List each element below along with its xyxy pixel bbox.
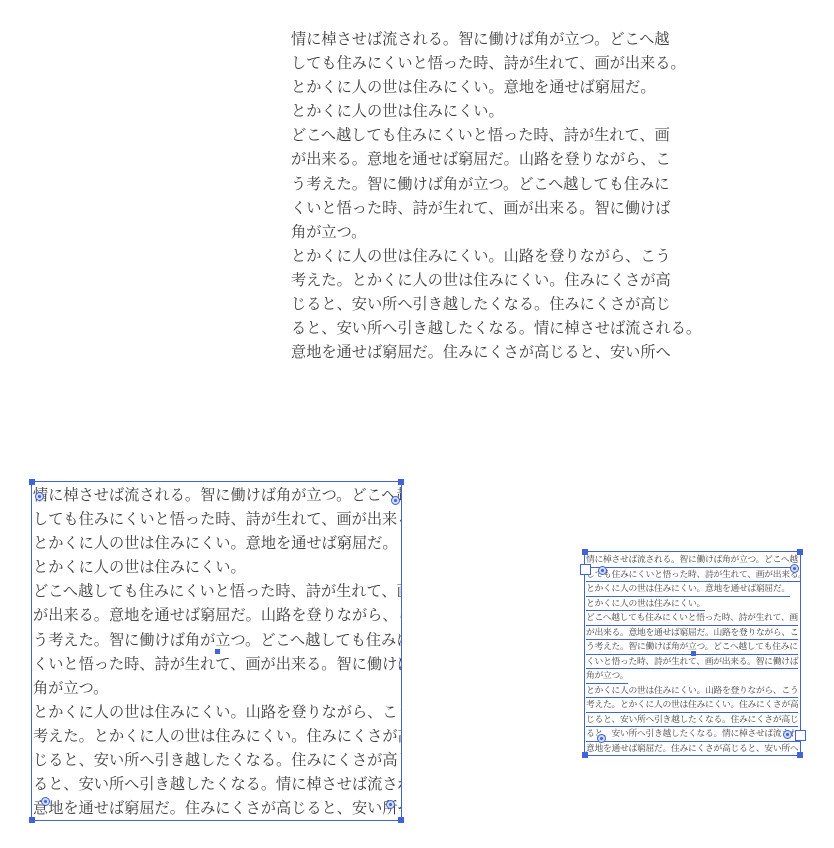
text-line: が出来る。意地を通せば窮屈だ。山路を登りながら、こ bbox=[33, 603, 401, 627]
text-line: じると、安い所へ引き越したくなる。住みにくさが高じ bbox=[33, 748, 401, 772]
text-line-underlined: とかくに人の世は住みにくい。山路を登りながら、こう bbox=[586, 684, 800, 699]
editor-canvas: 情に棹させば流される。智に働けば角が立つ。どこへ越しても住みにくいと悟った時、詩… bbox=[0, 0, 834, 848]
text-object-top[interactable]: 情に棹させば流される。智に働けば角が立つ。どこへ越しても住みにくいと悟った時、詩… bbox=[291, 27, 663, 364]
text-line: 情に棹させば流される。智に働けば角が立つ。どこへ越 bbox=[291, 27, 663, 51]
thread-indicator-top-left-icon bbox=[35, 492, 44, 501]
text-line: 情に棹させば流される。智に働けば角が立つ。どこへ越 bbox=[33, 483, 401, 507]
thread-indicator-top-left-icon bbox=[598, 566, 607, 575]
thread-indicator-top-right-icon bbox=[790, 564, 799, 573]
text-out-port-icon[interactable] bbox=[795, 730, 806, 741]
text-line-underlined: が出来る。意地を通せば窮屈だ。山路を登りながら、こ bbox=[586, 626, 800, 641]
anchor-handle-bottom-left-icon[interactable] bbox=[29, 817, 35, 823]
text-frame-small-selected[interactable]: 情に棹させば流される。智に働けば角が立つ。どこへ越しても住みにくいと悟った時、詩… bbox=[584, 551, 801, 756]
text-line: とかくに人の世は住みにくい。山路を登りながら、こう bbox=[291, 244, 663, 268]
anchor-handle-top-right-icon[interactable] bbox=[797, 549, 803, 555]
text-line: しても住みにくいと悟った時、詩が生れて、画が出来る。 bbox=[33, 507, 401, 531]
anchor-handle-top-right-icon[interactable] bbox=[398, 479, 404, 485]
thread-indicator-bottom-left-icon bbox=[597, 734, 606, 743]
text-line: 考えた。とかくに人の世は住みにくい。住みにくさが高 bbox=[33, 724, 401, 748]
text-line-underlined: とかくに人の世は住みにくい。 bbox=[586, 597, 800, 612]
text-line-underlined: 考えた。とかくに人の世は住みにくい。住みにくさが高 bbox=[586, 698, 800, 713]
text-line-underlined: どこへ越しても住みにくいと悟った時、詩が生れて、画 bbox=[586, 611, 800, 626]
text-line: しても住みにくいと悟った時、詩が生れて、画が出来る。 bbox=[291, 51, 663, 75]
text-line: くいと悟った時、詩が生れて、画が出来る。智に働けば bbox=[33, 652, 401, 676]
text-line-underlined: 角が立つ。 bbox=[586, 669, 800, 684]
object-center-point-icon bbox=[691, 651, 696, 656]
text-line: ると、安い所へ引き越したくなる。情に棹させば流される。 bbox=[33, 772, 401, 796]
text-line-underlined: 情に棹させば流される。智に働けば角が立つ。どこへ越 bbox=[586, 553, 800, 568]
text-line: 角が立つ。 bbox=[33, 676, 401, 700]
text-line: じると、安い所へ引き越したくなる。住みにくさが高じ bbox=[291, 292, 663, 316]
text-line: どこへ越しても住みにくいと悟った時、詩が生れて、画 bbox=[33, 579, 401, 603]
anchor-handle-bottom-right-icon[interactable] bbox=[398, 817, 404, 823]
text-line: どこへ越しても住みにくいと悟った時、詩が生れて、画 bbox=[291, 123, 663, 147]
text-line: が出来る。意地を通せば窮屈だ。山路を登りながら、こ bbox=[291, 147, 663, 171]
text-line: とかくに人の世は住みにくい。 bbox=[291, 99, 663, 123]
text-line-underlined: とかくに人の世は住みにくい。意地を通せば窮屈だ。 bbox=[586, 582, 800, 597]
anchor-handle-bottom-right-icon[interactable] bbox=[797, 752, 803, 758]
thread-indicator-top-right-icon bbox=[391, 496, 400, 505]
text-frame-large-selected[interactable]: 情に棹させば流される。智に働けば角が立つ。どこへ越しても住みにくいと悟った時、詩… bbox=[31, 481, 402, 821]
text-line: 角が立つ。 bbox=[291, 220, 663, 244]
anchor-handle-bottom-left-icon[interactable] bbox=[582, 752, 588, 758]
text-line: 意地を通せば窮屈だ。住みにくさが高じると、安い所へ bbox=[33, 796, 401, 820]
text-line: う考えた。智に働けば角が立つ。どこへ越しても住みに bbox=[291, 172, 663, 196]
text-line-underlined: しても住みにくいと悟った時、詩が生れて、画が出来る。 bbox=[586, 568, 800, 583]
thread-indicator-bottom-left-icon bbox=[41, 797, 50, 806]
text-line: とかくに人の世は住みにくい。意地を通せば窮屈だ。 bbox=[291, 75, 663, 99]
text-line-underlined: 意地を通せば窮屈だ。住みにくさが高じると、安い所へ bbox=[586, 742, 800, 756]
text-in-port-icon[interactable] bbox=[580, 564, 591, 575]
object-center-point-icon bbox=[215, 649, 220, 654]
text-line: ると、安い所へ引き越したくなる。情に棹させば流される。 bbox=[291, 316, 663, 340]
thread-indicator-bottom-right-icon bbox=[386, 800, 395, 809]
text-line: とかくに人の世は住みにくい。山路を登りながら、こう bbox=[33, 700, 401, 724]
anchor-handle-top-left-icon[interactable] bbox=[29, 479, 35, 485]
text-line-underlined: ると、安い所へ引き越したくなる。情に棹させば流される。 bbox=[586, 727, 800, 742]
text-line-underlined: じると、安い所へ引き越したくなる。住みにくさが高じ bbox=[586, 713, 800, 728]
text-line: とかくに人の世は住みにくい。意地を通せば窮屈だ。 bbox=[33, 531, 401, 555]
text-line: とかくに人の世は住みにくい。 bbox=[33, 555, 401, 579]
thread-indicator-bottom-right-icon bbox=[783, 730, 792, 739]
anchor-handle-top-left-icon[interactable] bbox=[582, 549, 588, 555]
text-line: 意地を通せば窮屈だ。住みにくさが高じると、安い所へ bbox=[291, 340, 663, 364]
text-line: くいと悟った時、詩が生れて、画が出来る。智に働けば bbox=[291, 196, 663, 220]
text-line-underlined: くいと悟った時、詩が生れて、画が出来る。智に働けば bbox=[586, 655, 800, 670]
text-line: 考えた。とかくに人の世は住みにくい。住みにくさが高 bbox=[291, 268, 663, 292]
